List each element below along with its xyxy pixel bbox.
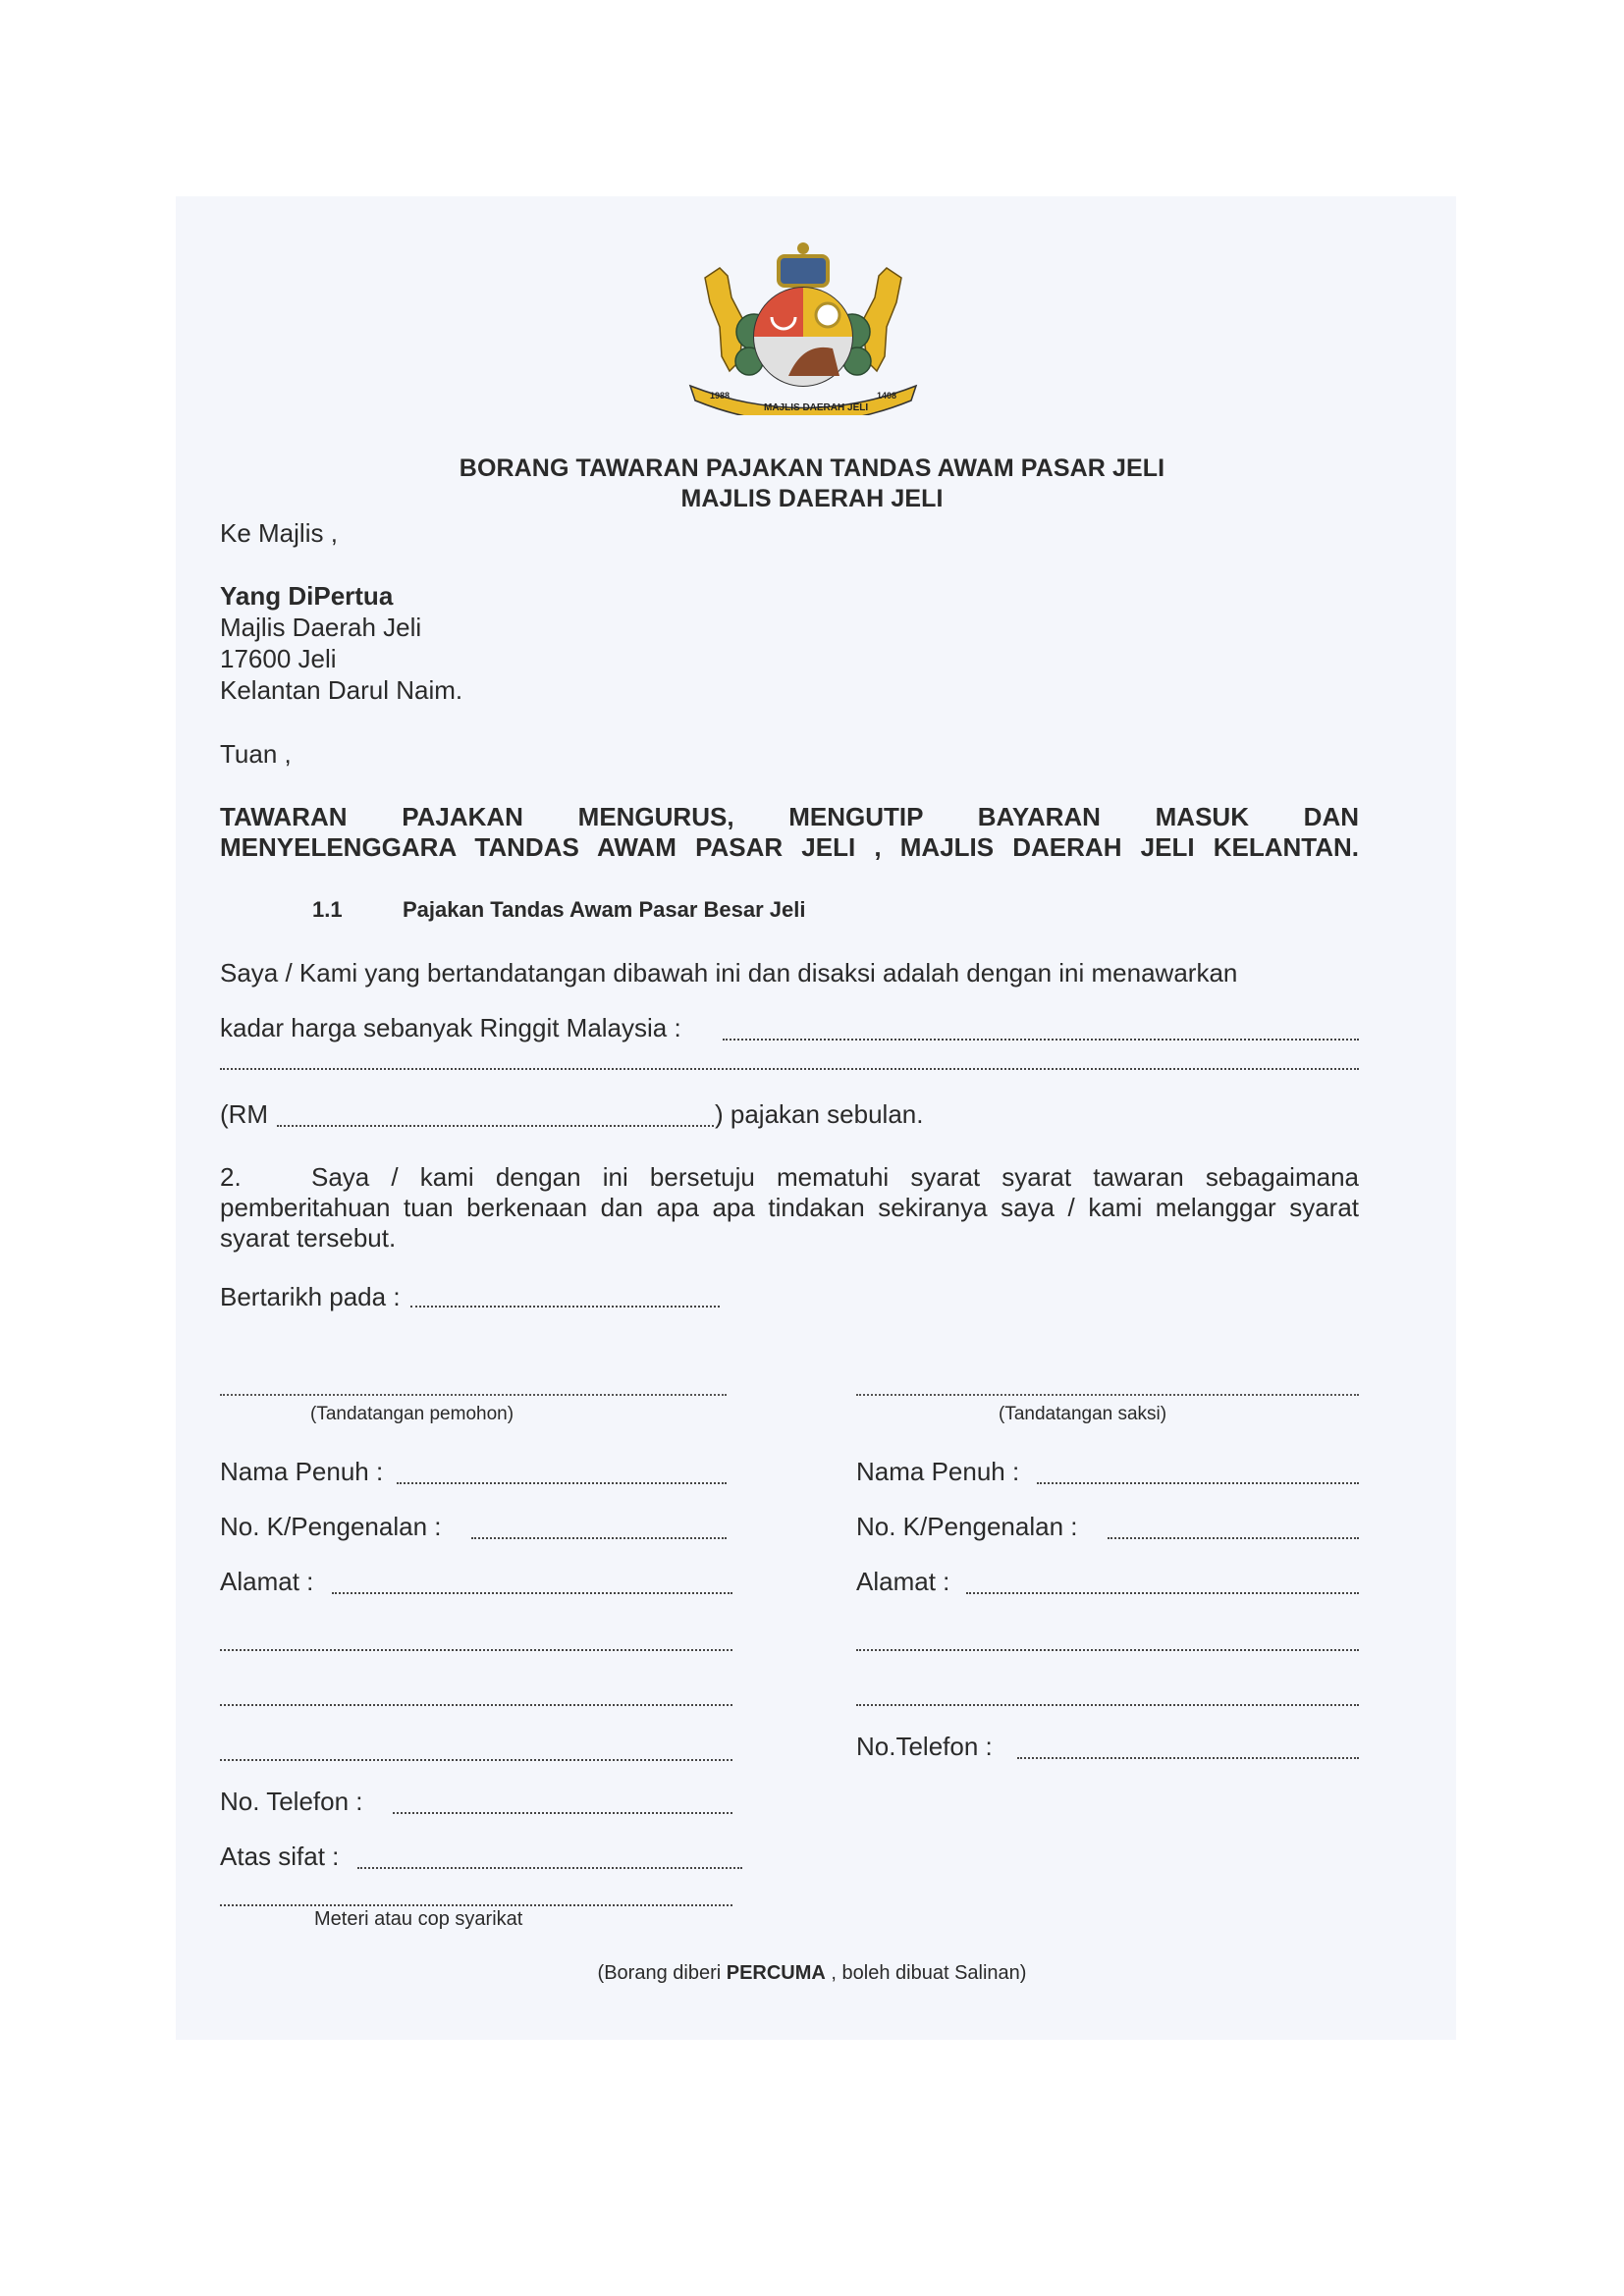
subject-line: MENYELENGGARA TANDAS AWAM PASAR JELI , M… bbox=[220, 832, 1359, 863]
svg-text:MAJLIS DAERAH JELI: MAJLIS DAERAH JELI bbox=[764, 402, 868, 413]
section-number: 1.1 bbox=[312, 897, 343, 923]
form-title: BORANG TAWARAN PAJAKAN TANDAS AWAM PASAR… bbox=[0, 454, 1624, 483]
applicant-address-field[interactable] bbox=[332, 1563, 732, 1594]
addressee-line: Majlis Daerah Jeli bbox=[220, 613, 421, 643]
footer-suffix: , boleh dibuat Salinan) bbox=[826, 1962, 1027, 1984]
subject-line: TAWARAN PAJAKAN MENGURUS, MENGUTIP BAYAR… bbox=[220, 802, 1359, 832]
footer-free-emphasis: PERCUMA bbox=[727, 1962, 826, 1984]
witness-signature-caption: (Tandatangan saksi) bbox=[999, 1404, 1166, 1425]
witness-address-field-line-3[interactable] bbox=[856, 1684, 1359, 1706]
date-label: Bertarikh pada : bbox=[220, 1282, 401, 1312]
clause-2: 2.Saya / kami dengan ini bersetuju memat… bbox=[220, 1162, 1359, 1254]
applicant-address-field-line-4[interactable] bbox=[220, 1739, 732, 1761]
offer-amount-words-field[interactable] bbox=[723, 1005, 1359, 1041]
section-title: Pajakan Tandas Awam Pasar Besar Jeli bbox=[403, 897, 806, 923]
applicant-name-label: Nama Penuh : bbox=[220, 1457, 383, 1487]
applicant-signature-caption: (Tandatangan pemohon) bbox=[310, 1404, 514, 1425]
applicant-name-field[interactable] bbox=[397, 1453, 727, 1484]
applicant-behalf-field[interactable] bbox=[357, 1838, 742, 1869]
rm-amount-field[interactable] bbox=[277, 1095, 714, 1127]
applicant-address-field-line-3[interactable] bbox=[220, 1684, 732, 1706]
applicant-phone-label: No. Telefon : bbox=[220, 1787, 363, 1817]
offer-statement: Saya / Kami yang bertandatangan dibawah … bbox=[220, 958, 1237, 988]
greeting: Tuan , bbox=[220, 739, 292, 770]
applicant-address-label: Alamat : bbox=[220, 1567, 313, 1597]
applicant-signature-line[interactable] bbox=[220, 1374, 727, 1396]
company-stamp-line[interactable] bbox=[220, 1887, 732, 1906]
addressee-line: Kelantan Darul Naim. bbox=[220, 675, 462, 706]
applicant-behalf-label: Atas sifat : bbox=[220, 1842, 339, 1872]
offer-amount-label: kadar harga sebanyak Ringgit Malaysia : bbox=[220, 1013, 681, 1043]
salutation-to: Ke Majlis , bbox=[220, 518, 338, 549]
applicant-id-label: No. K/Pengenalan : bbox=[220, 1512, 442, 1542]
addressee-name: Yang DiPertua bbox=[220, 581, 393, 612]
footer-note: (Borang diberi PERCUMA , boleh dibuat Sa… bbox=[0, 1962, 1624, 1985]
witness-address-field[interactable] bbox=[966, 1563, 1359, 1594]
addressee-line: 17600 Jeli bbox=[220, 644, 337, 674]
company-stamp-caption: Meteri atau cop syarikat bbox=[314, 1908, 522, 1931]
applicant-address-field-line-2[interactable] bbox=[220, 1629, 732, 1651]
witness-id-label: No. K/Pengenalan : bbox=[856, 1512, 1078, 1542]
offer-amount-words-field-continued[interactable] bbox=[220, 1050, 1359, 1070]
witness-name-label: Nama Penuh : bbox=[856, 1457, 1019, 1487]
applicant-phone-field[interactable] bbox=[393, 1783, 732, 1814]
date-field[interactable] bbox=[410, 1276, 720, 1308]
svg-text:1408: 1408 bbox=[877, 391, 896, 400]
svg-text:1988: 1988 bbox=[710, 391, 730, 400]
witness-phone-field[interactable] bbox=[1017, 1728, 1359, 1759]
rm-suffix: ) pajakan sebulan. bbox=[715, 1099, 923, 1130]
majlis-daerah-jeli-crest-icon: 1988 MAJLIS DAERAH JELI 1408 bbox=[671, 239, 936, 415]
clause-2-number: 2. bbox=[220, 1162, 311, 1193]
footer-prefix: (Borang diberi bbox=[598, 1962, 727, 1984]
witness-address-field-line-2[interactable] bbox=[856, 1629, 1359, 1651]
witness-signature-line[interactable] bbox=[856, 1374, 1359, 1396]
witness-id-field[interactable] bbox=[1108, 1508, 1359, 1539]
applicant-id-field[interactable] bbox=[471, 1508, 727, 1539]
form-subtitle: MAJLIS DAERAH JELI bbox=[0, 485, 1624, 513]
witness-phone-label: No.Telefon : bbox=[856, 1732, 993, 1762]
witness-name-field[interactable] bbox=[1037, 1453, 1359, 1484]
clause-2-text: Saya / kami dengan ini bersetuju mematuh… bbox=[220, 1162, 1359, 1253]
rm-prefix: (RM bbox=[220, 1099, 268, 1130]
witness-address-label: Alamat : bbox=[856, 1567, 949, 1597]
